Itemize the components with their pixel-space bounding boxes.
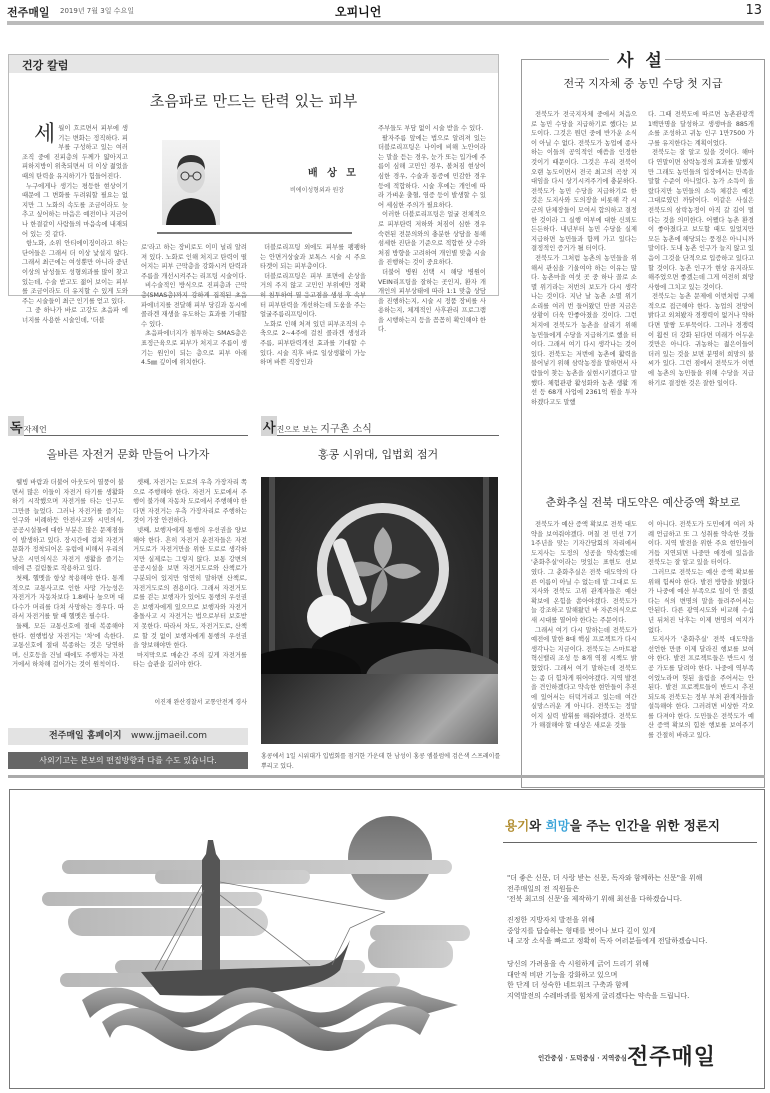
author-name: 배 상 모 xyxy=(308,164,359,179)
paragraph: 초음파에너지가 침투하는 SMAS층은 표정근육으로 피부가 처지고 주름이 생… xyxy=(141,329,247,367)
editorial-title-1: 전국 지자체 중 농민 수당 첫 지급 xyxy=(521,75,765,91)
paragraph: 넷째, 보행자에게 통행의 우선권을 양보해야 한다. 흔히 자전거 운전자들은… xyxy=(133,526,247,651)
dropcap: 세 xyxy=(34,124,55,146)
reader-column-tag: 독 xyxy=(8,416,24,436)
photo-news-image xyxy=(261,477,498,674)
ad-line: 지역발전의 수레바퀴를 힘차게 굴리겠다는 약속을 드립니다. xyxy=(507,991,689,1002)
ad-line: 중앙지를 답습하는 형태를 벗어나 보다 깊이 있게 xyxy=(507,926,707,937)
ad-paragraph-2: 진정한 지방자치 발전을 위해 중앙지를 답습하는 형태를 벗어나 보다 깊이 … xyxy=(507,915,707,947)
paragraph: 이러한 더블로리프팅은 얼굴 전체적으로 피부탄력 저하와 처짐이 심한 경우 … xyxy=(378,210,486,268)
editorial-1-col-1: 전북도가 전국지자체 중에서 처음으로 농민 수당을 지급하기로 했다는 보도이… xyxy=(531,110,637,407)
paragraph: 누구에게나 생기는 평등한 현상이기 때문에 그 변화를 두려워할 필요는 없지… xyxy=(22,182,128,240)
pen-ship-illustration-icon xyxy=(10,790,470,1088)
header-section-title: 오피니언 xyxy=(335,3,381,20)
paragraph: 비수술적인 방식으로 진피층과 근막층(SMAS층)까지 강하게 집적된 초음파… xyxy=(141,281,247,329)
slogan-word-courage: 용기 xyxy=(505,818,529,833)
paragraph: 더블로리프팅은 피부 표면에 손상을 거의 주지 않고 고민인 부위에만 정확히… xyxy=(260,272,366,320)
homepage-label: 전주매일 홈페이지 xyxy=(49,731,122,741)
slogan-text: 을 주는 인간을 위한 정론지 xyxy=(570,818,720,833)
paragraph: 항노화, 소위 안티에이징이라고 하는 단어들은 그래서 더 이상 낯설지 않다… xyxy=(22,239,128,306)
ad-slogan: 용기와 희망을 주는 인간을 위한 정론지 xyxy=(505,816,720,834)
paragraph: 첫째, 헬멧을 항상 착용해야 한다. 통계적으로 교통사고로 인한 사망 가능… xyxy=(12,574,124,622)
author-rule xyxy=(157,232,352,234)
paragraph: 그래서 여기 다시 말하는데 전북도가 예전에 말한 8대 핵심 프로젝트가 다… xyxy=(531,626,637,732)
paragraph: 전북도는 농촌 문제에 이번처럼 구체적으로 접근해야 한다. 농업의 전망이 … xyxy=(648,292,754,388)
header-paper-name: 전주매일 xyxy=(7,4,50,20)
paragraph: 그러므로 전북도는 예산 증액 확보를 위해 힘써야 한다. 발전 방향을 밝혔… xyxy=(648,568,754,635)
ad-line: 전주매일의 전 직원들은 xyxy=(507,884,702,895)
editorial-2-col-2: 이 아니다. 전북도가 도민에게 여러 차례 언급하고 또 그 성취를 약속한 … xyxy=(648,520,754,741)
health-col-2: 로'라고 하는 장비로도 이미 널리 알려져 있다. 노화로 인해 처지고 탄력… xyxy=(141,243,247,368)
paragraph: 로'라고 하는 장비로도 이미 널리 알려져 있다. 노화로 인해 처지고 탄력… xyxy=(141,243,247,281)
photo-news-header: 사진으로 보는 지구촌 소식 xyxy=(261,416,499,436)
slogan-text: 와 xyxy=(529,818,545,833)
health-col-3: 더블로리프팅 외에도 피부를 팽팽하는 안면거상술과 보톡스 시술 시 주요 타… xyxy=(260,243,366,368)
health-col-1: 세 월이 흐르면서 피부에 생기는 변화는 정직하다. 피부를 구성하고 있는 … xyxy=(22,124,128,325)
photo-news-title: 홍콩 시위대, 입법회 점거 xyxy=(258,446,498,462)
paragraph: 다. 그때 전북도에 따르면 농촌관광객 1백만명을 달성하고 생생마을 885… xyxy=(648,110,754,148)
health-col-4: 주부들도 부담 없이 시술 받을 수 있다. 팔자주름 앞에는 법으로 알려져 … xyxy=(378,124,486,335)
paragraph: 마지막으로 매순간 주의 깊게 자전거를 타는 습관을 길러야 한다. xyxy=(133,651,247,670)
photo-news-tag: 사 xyxy=(261,416,277,436)
ad-line: 진정한 지방자치 발전을 위해 xyxy=(507,915,707,926)
photo-news-caption: 홍콩에서 1일 시위대가 입법회를 점거한 가운데 한 남성이 홍콩 엠블럼에 … xyxy=(261,752,501,772)
ad-paragraph-3: 당신의 가려움을 속 시원하게 긁어 드리기 위해 대안적 비판 기능을 강화하… xyxy=(507,959,689,1001)
paragraph: 전북도가 전국지자체 중에서 처음으로 농민 수당을 지급하기로 했다는 보도이… xyxy=(531,110,637,254)
editorial-2-col-1: 전북도가 예산 증액 확보로 전북 대도약을 보여줘야겠다. 며칠 전 민선 7… xyxy=(531,520,637,731)
ad-rule xyxy=(503,842,757,843)
paragraph: 노화로 인해 처져 있던 피부조직의 수축으로 2~4주에 걸친 콜라겐 생성과… xyxy=(260,320,366,368)
reader-column-header: 독자제언 xyxy=(8,416,248,436)
health-article-title: 초음파로 만드는 탄력 있는 피부 xyxy=(0,90,507,111)
slogan-word-hope: 희망 xyxy=(546,818,570,833)
ad-line: 내 고장 소식을 빠르고 정확히 독자 여러분들에게 전달하겠습니다. xyxy=(507,936,707,947)
header-date: 2019년 7월 3일 수요일 xyxy=(60,6,134,16)
reader-byline: 이진재 완산경찰서 교통안전계 경사 xyxy=(133,697,247,706)
paragraph: 팔자주름 앞에는 법으로 알려져 있는 더블로리프팅은 나이에 비해 노안이라는… xyxy=(378,134,486,211)
ad-line: 당신의 가려움을 속 시원하게 긁어 드리기 위해 xyxy=(507,959,689,970)
reader-article-title: 올바른 자전거 문화 만들어 나가자 xyxy=(8,446,248,462)
paragraph: 셋째, 자전거는 도로의 우측 가장자리 쪽으로 주행해야 한다. 자전거 도로… xyxy=(133,478,247,526)
health-column-label: 건강 칼럼 xyxy=(22,57,68,73)
paragraph: 그 중 하나가 바로 고강도 초음파 에너지를 사용한 시술인데, '더블 xyxy=(22,306,128,325)
paragraph: 주부들도 부담 없이 시술 받을 수 있다. xyxy=(378,124,486,134)
newspaper-logo: 전주매일 xyxy=(627,1040,716,1071)
author-title: 비에이성형외과 원장 xyxy=(290,185,344,194)
photo-news-label: 지구촌 소식 xyxy=(320,424,371,435)
editorial-1-col-2: 다. 그때 전북도에 따르면 농촌관광객 1백만명을 달성하고 생생마을 885… xyxy=(648,110,754,388)
reader-col-2: 셋째, 자전거는 도로의 우측 가장자리 쪽으로 주행해야 한다. 자전거 도로… xyxy=(133,478,247,670)
paragraph: 전북도가 예산 증액 확보로 전북 대도약을 보여줘야겠다. 며칠 전 민선 7… xyxy=(531,520,637,626)
reader-column-label: 자제언 xyxy=(24,425,47,434)
ad-tagline: 인간중심 · 도덕중심 · 지역중심 xyxy=(538,1053,627,1062)
editorial-label: 사 설 xyxy=(617,46,665,71)
photo-news-image-lower xyxy=(261,674,498,744)
reader-col-1: 웰빙 바람과 더불어 아웃도어 열풍이 불면서 많은 이들이 자전거 타기를 생… xyxy=(12,478,124,670)
health-column-header-bar xyxy=(9,55,498,73)
author-portrait-icon xyxy=(162,140,220,225)
paragraph: 전북도가 그처럼 농촌의 농민들을 위해서 관심을 기울여야 하는 이유는 많다… xyxy=(531,254,637,408)
editorial-title-2: 춘화추실 전북 대도약은 예산증액 확보로 xyxy=(521,494,765,510)
homepage-promo[interactable]: 전주매일 홈페이지 www.jjmaeil.com xyxy=(8,728,248,745)
contribution-disclaimer: 사외기고는 본보의 편집방향과 다를 수도 있습니다. xyxy=(8,752,248,769)
ad-illustration xyxy=(10,790,470,1088)
header-page-number: 13 xyxy=(745,3,762,18)
ad-line: '전북 최고의 신문'을 제작하기 위해 최선을 다하겠습니다. xyxy=(507,894,702,905)
paragraph: 더블로리프팅 외에도 피부를 팽팽하는 안면거상술과 보톡스 시술 시 주요 타… xyxy=(260,243,366,272)
ad-paragraph-1: "더 좋은 신문, 더 사랑 받는 신문, 독자와 함께하는 신문"을 위해 전… xyxy=(507,873,702,905)
homepage-link[interactable]: www.jjmaeil.com xyxy=(131,731,207,741)
section-divider xyxy=(8,775,765,778)
ad-line: "더 좋은 신문, 더 사랑 받는 신문, 독자와 함께하는 신문"을 위해 xyxy=(507,873,702,884)
author-photo xyxy=(162,140,220,225)
paragraph: 둘째, 모든 교통신호에 절대 복종해야 한다. 현행법상 자전거는 '차'에 … xyxy=(12,622,124,670)
header-rule xyxy=(7,21,764,25)
ad-line: 한 단계 더 성숙한 네트워크 구축과 함께 xyxy=(507,980,689,991)
paragraph: 이 아니다. 전북도가 도민에게 여러 차례 언급하고 또 그 성취를 약속한 … xyxy=(648,520,754,568)
paragraph: 웰빙 바람과 더불어 아웃도어 열풍이 불면서 많은 이들이 자전거 타기를 생… xyxy=(12,478,124,574)
paragraph: 도지사가 '춘화추실' 전북 대도약을 선언한 만큼 이제 달라진 행보를 보여… xyxy=(648,635,754,741)
ad-line: 대안적 비판 기능을 강화하고 있으며 xyxy=(507,970,689,981)
photo-news-label-small: 진으로 보는 xyxy=(277,425,321,434)
paragraph: 더불어 병원 선택 시 해당 병원이 VEIN리프팅을 잘하는 곳인지, 환자 … xyxy=(378,268,486,335)
hong-kong-emblem-photo-icon xyxy=(261,477,498,674)
paragraph: 전북도는 잘 알고 있을 것이다. 해마다 연말이면 삼락농정의 효과를 말했지… xyxy=(648,148,754,292)
